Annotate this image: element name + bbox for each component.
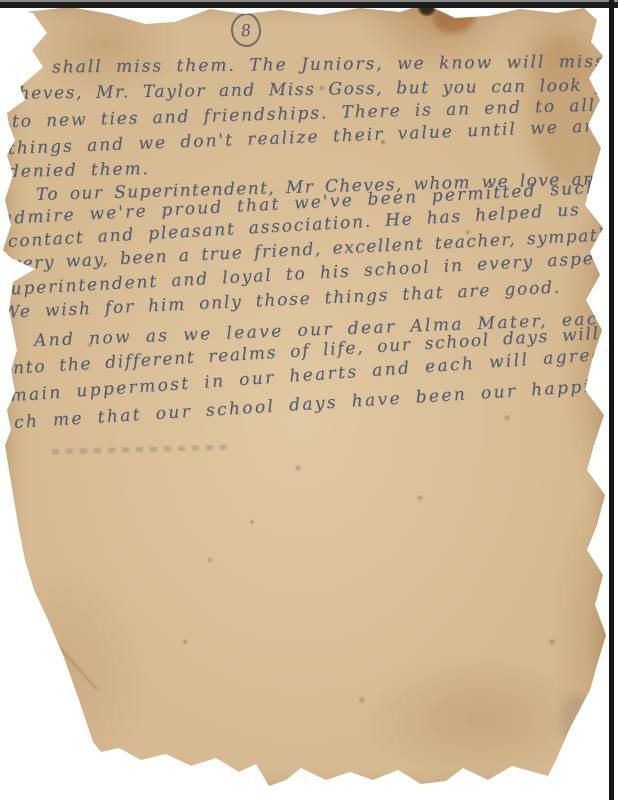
paper-sheet: 8 we shall miss them. The Juniors, we kn… xyxy=(0,0,618,800)
scanned-document: 8 we shall miss them. The Juniors, we kn… xyxy=(0,0,618,800)
handwriting-line: we shall miss them. The Juniors, we know… xyxy=(10,51,618,78)
page-number-badge: 8 xyxy=(229,12,262,49)
pencil-smudge xyxy=(52,445,232,455)
scanner-edge-top xyxy=(0,0,618,8)
paper-crease xyxy=(17,600,99,691)
pencil-smudge-soft xyxy=(560,695,594,745)
handwriting-line: denied them. xyxy=(8,159,150,182)
page-number: 8 xyxy=(240,20,252,40)
scanner-edge-right xyxy=(609,0,614,800)
